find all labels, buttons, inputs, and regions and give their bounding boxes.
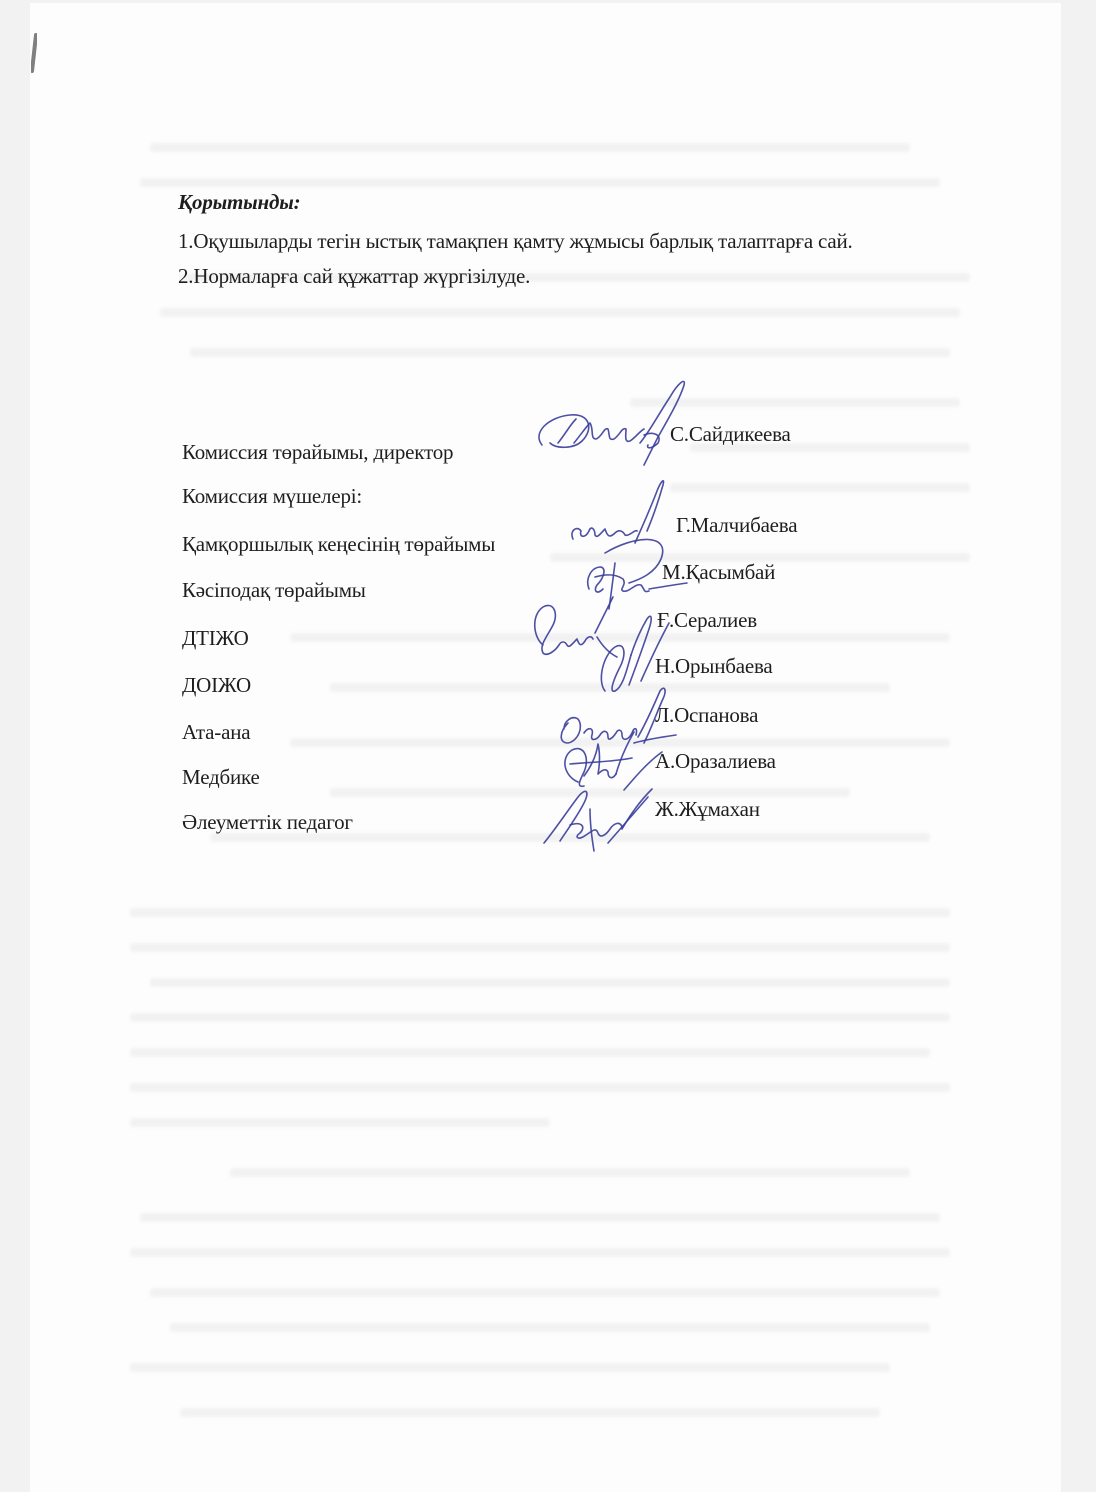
member-role-4: ДОІЖО — [182, 673, 251, 697]
chair-role: Комиссия төрайымы, директор — [182, 440, 453, 464]
member-role-6: Медбике — [182, 765, 260, 789]
member-role-5: Ата-ана — [182, 720, 250, 744]
bleed-through-texture — [30, 3, 1061, 1492]
conclusion-heading: Қорытынды: — [178, 190, 300, 214]
conclusion-item-2: 2.Нормаларға сай құжаттар жүргізілуде. — [178, 264, 530, 288]
member-role-3: ДТІЖО — [182, 626, 249, 650]
document-page: Қорытынды: 1.Оқушыларды тегін ыстық тама… — [30, 3, 1061, 1492]
conclusion-item-1: 1.Оқушыларды тегін ыстық тамақпен қамту … — [178, 229, 853, 253]
member-role-7: Әлеуметтік педагог — [182, 810, 353, 834]
signature-chair — [530, 373, 700, 473]
member-role-2: Кәсіподақ төрайымы — [182, 578, 366, 602]
member-role-1: Қамқоршылық кеңесінің төрайымы — [182, 532, 495, 556]
members-label: Комиссия мүшелері: — [182, 484, 362, 508]
signature-member-7 — [530, 773, 670, 853]
scan-edge-mark — [31, 33, 37, 73]
member-name-1: Г.Малчибаева — [676, 513, 797, 537]
